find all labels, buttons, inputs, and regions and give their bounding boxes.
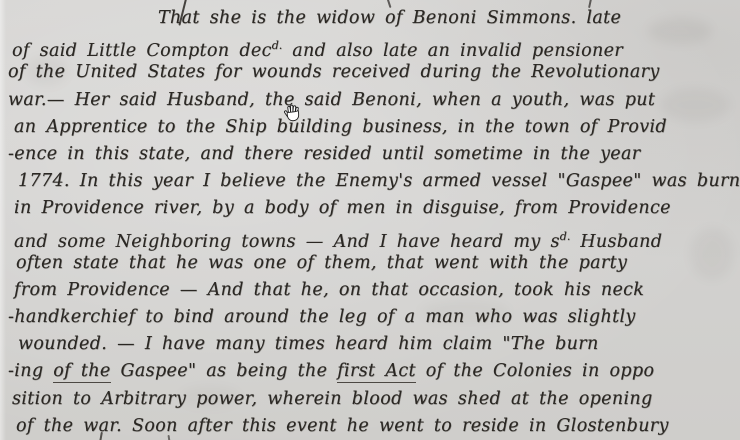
manuscript-line-text: and also late an invalid pensioner (282, 41, 623, 61)
underlined-text: first Act (337, 361, 416, 383)
manuscript-line-text: 1774. In this year I believe the Enemy's… (18, 171, 740, 191)
manuscript-line: an Apprentice to the Ship building busin… (8, 114, 738, 141)
manuscript-line: -ence in this state, and there resided u… (8, 141, 738, 168)
manuscript-line-text: Gaspee" as being the (111, 361, 338, 381)
manuscript-line-text: That she is the widow of Benoni Simmons.… (158, 8, 621, 28)
manuscript-line: sition to Arbitrary power, wherein blood… (8, 386, 738, 413)
manuscript-text-block: That she is the widow of Benoni Simmons.… (8, 5, 738, 440)
manuscript-line-text: of the war. Soon after this event he wen… (16, 416, 669, 436)
manuscript-page[interactable]: That she is the widow of Benoni Simmons.… (0, 0, 740, 440)
manuscript-line-text: -ence in this state, and there resided u… (8, 144, 641, 164)
manuscript-line: 1774. In this year I believe the Enemy's… (8, 168, 738, 195)
manuscript-line: -handkerchief to bind around the leg of … (8, 304, 738, 331)
underlined-text: of the (53, 361, 110, 383)
manuscript-line-text: Husband (570, 231, 662, 251)
manuscript-line: and some Neighboring towns — And I have … (8, 223, 738, 250)
manuscript-line-text: and some Neighboring towns — And I have … (14, 231, 560, 251)
manuscript-line-text: -handkerchief to bind around the leg of … (8, 307, 636, 327)
manuscript-line-text: of said Little Compton dec (12, 41, 272, 61)
manuscript-line: -ing of the Gaspee" as being the first A… (8, 358, 738, 385)
manuscript-line-text: an Apprentice to the Ship building busin… (14, 117, 667, 137)
manuscript-line-text: wounded. — I have many times heard him c… (18, 334, 599, 354)
manuscript-line: of the United States for wounds received… (8, 59, 738, 86)
manuscript-line: from Providence — And that he, on that o… (8, 277, 738, 304)
manuscript-line-text: in Providence river, by a body of men in… (14, 198, 671, 218)
manuscript-line: in Providence river, by a body of men in… (8, 195, 738, 222)
manuscript-line-text: of the United States for wounds received… (8, 62, 660, 82)
paper-edge-highlight (0, 0, 6, 440)
manuscript-line: often state that he was one of them, tha… (8, 250, 738, 277)
manuscript-line: That she is the widow of Benoni Simmons.… (8, 5, 738, 32)
manuscript-line-text: -ing (8, 361, 53, 381)
manuscript-line-text: d. (560, 230, 571, 243)
manuscript-line-text: war.— Her said Husband, the said Benoni,… (8, 90, 655, 110)
manuscript-line-text: from Providence — And that he, on that o… (14, 280, 644, 300)
manuscript-line-text: of the Colonies in oppo (416, 361, 655, 381)
manuscript-line-text: d. (272, 39, 283, 52)
manuscript-line: of said Little Compton decd. and also la… (8, 32, 738, 59)
manuscript-line: war.— Her said Husband, the said Benoni,… (8, 87, 738, 114)
manuscript-line: wounded. — I have many times heard him c… (8, 331, 738, 358)
manuscript-line-text: often state that he was one of them, tha… (16, 253, 627, 273)
manuscript-line: of the war. Soon after this event he wen… (8, 413, 738, 440)
manuscript-line-text: sition to Arbitrary power, wherein blood… (12, 389, 653, 409)
